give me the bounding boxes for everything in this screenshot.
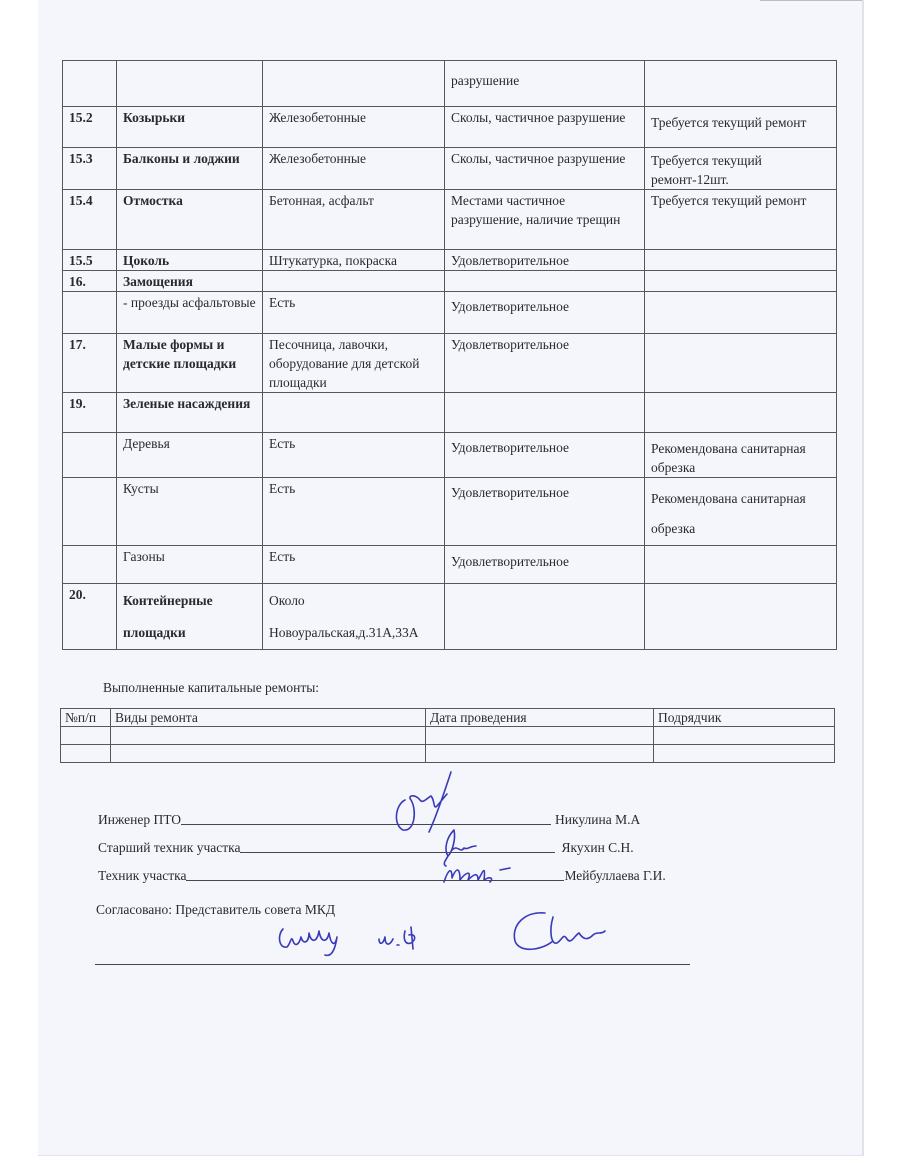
table-row: разрушение <box>63 61 837 107</box>
recommendation-cell: Рекомендована санитарная обрезка <box>645 433 837 478</box>
condition-cell <box>445 584 645 650</box>
table-row: Деревья Есть Удовлетворительное Рекоменд… <box>63 433 837 478</box>
header-number: №п/п <box>61 709 111 727</box>
element-name: Кусты <box>117 478 263 546</box>
condition-cell: разрушение <box>445 61 645 107</box>
signature-row-technician: Техник участка Мейбуллаева Г.И. <box>98 868 666 884</box>
row-number: 20. <box>63 584 117 650</box>
condition-cell: Местами частичное разрушение, наличие тр… <box>445 190 645 250</box>
repairs-cell <box>654 745 835 763</box>
repairs-header-row: №п/п Виды ремонта Дата проведения Подряд… <box>61 709 835 727</box>
material-cell: Есть <box>263 433 445 478</box>
element-name: Козырьки <box>117 107 263 148</box>
element-name: - проезды асфальтовые <box>117 292 263 334</box>
repairs-table: №п/п Виды ремонта Дата проведения Подряд… <box>60 708 835 763</box>
repairs-cell <box>426 727 654 745</box>
table-row: 20. Контейнерные площадки Около Новоурал… <box>63 584 837 650</box>
row-number: 15.5 <box>63 250 117 271</box>
recommendation-cell: Требуется текущий ремонт-12шт. <box>645 148 837 190</box>
recommendation-cell <box>645 393 837 433</box>
repairs-cell <box>61 727 111 745</box>
table-row: Кусты Есть Удовлетворительное Рекомендов… <box>63 478 837 546</box>
table-row: Газоны Есть Удовлетворительное <box>63 546 837 584</box>
signature-name: Никулина М.А <box>555 812 640 828</box>
table-row: 16. Замощения <box>63 271 837 292</box>
material-cell <box>263 61 445 107</box>
row-number <box>63 433 117 478</box>
element-name: Малые формы и детские площадки <box>117 334 263 393</box>
row-number <box>63 61 117 107</box>
signature-name: Мейбуллаева Г.И. <box>564 868 665 884</box>
recommendation-cell <box>645 271 837 292</box>
element-name: Деревья <box>117 433 263 478</box>
table-row: 15.3 Балконы и лоджии Железобетонные Ско… <box>63 148 837 190</box>
material-cell: Железобетонные <box>263 107 445 148</box>
header-contractor: Подрядчик <box>654 709 835 727</box>
repairs-cell <box>654 727 835 745</box>
recommendation-cell <box>645 584 837 650</box>
row-number: 15.4 <box>63 190 117 250</box>
element-name: Зеленые насаждения <box>117 393 263 433</box>
inspection-table: разрушение 15.2 Козырьки Железобетонные … <box>62 60 837 650</box>
table-row: 19. Зеленые насаждения <box>63 393 837 433</box>
repairs-row <box>61 745 835 763</box>
material-cell: Штукатурка, покраска <box>263 250 445 271</box>
row-number: 16. <box>63 271 117 292</box>
signature-line <box>181 824 551 825</box>
table-row: 17. Малые формы и детские площадки Песоч… <box>63 334 837 393</box>
material-cell: Есть <box>263 546 445 584</box>
recommendation-cell <box>645 546 837 584</box>
material-cell: Около Новоуральская,д.31А,33А <box>263 584 445 650</box>
material-cell: Бетонная, асфальт <box>263 190 445 250</box>
handwritten-name-representative <box>275 915 465 960</box>
element-name <box>117 61 263 107</box>
element-name: Газоны <box>117 546 263 584</box>
condition-cell: Сколы, частичное разрушение <box>445 148 645 190</box>
approval-signature-line <box>95 964 690 965</box>
material-cell <box>263 393 445 433</box>
recommendation-cell: Рекомендована санитарная обрезка <box>645 478 837 546</box>
header-repair-type: Виды ремонта <box>111 709 426 727</box>
row-number: 15.2 <box>63 107 117 148</box>
recommendation-cell <box>645 61 837 107</box>
header-date: Дата проведения <box>426 709 654 727</box>
repairs-cell <box>426 745 654 763</box>
material-cell: Песочница, лавочки, оборудование для дет… <box>263 334 445 393</box>
repairs-cell <box>111 727 426 745</box>
condition-cell: Сколы, частичное разрушение <box>445 107 645 148</box>
recommendation-cell <box>645 292 837 334</box>
signature-row-engineer: Инженер ПТО Никулина М.А <box>98 812 640 828</box>
material-cell: Есть <box>263 292 445 334</box>
condition-cell: Удовлетворительное <box>445 292 645 334</box>
material-cell <box>263 271 445 292</box>
material-cell: Есть <box>263 478 445 546</box>
condition-cell: Удовлетворительное <box>445 250 645 271</box>
handwritten-signature-technician <box>438 858 518 888</box>
signature-name: Якухин С.Н. <box>561 840 633 856</box>
row-number <box>63 546 117 584</box>
row-number: 19. <box>63 393 117 433</box>
signature-row-senior-technician: Старший техник участка Якухин С.Н. <box>98 840 634 856</box>
repairs-caption: Выполненные капитальные ремонты: <box>103 680 319 696</box>
recommendation-cell <box>645 334 837 393</box>
row-number: 17. <box>63 334 117 393</box>
repairs-cell <box>111 745 426 763</box>
row-number <box>63 478 117 546</box>
table-row: 15.5 Цоколь Штукатурка, покраска Удовлет… <box>63 250 837 271</box>
recommendation-cell <box>645 250 837 271</box>
element-name: Цоколь <box>117 250 263 271</box>
handwritten-signature-representative <box>505 905 625 960</box>
repairs-cell <box>61 745 111 763</box>
row-number <box>63 292 117 334</box>
row-number: 15.3 <box>63 148 117 190</box>
signature-role: Старший техник участка <box>98 840 240 856</box>
condition-cell: Удовлетворительное <box>445 546 645 584</box>
recommendation-cell: Требуется текущий ремонт <box>645 107 837 148</box>
signature-line <box>240 852 555 853</box>
element-name: Балконы и лоджии <box>117 148 263 190</box>
table-row: - проезды асфальтовые Есть Удовлетворите… <box>63 292 837 334</box>
element-name: Отмостка <box>117 190 263 250</box>
recommendation-cell: Требуется текущий ремонт <box>645 190 837 250</box>
element-name: Контейнерные площадки <box>117 584 263 650</box>
condition-cell: Удовлетворительное <box>445 334 645 393</box>
table-row: 15.4 Отмостка Бетонная, асфальт Местами … <box>63 190 837 250</box>
condition-cell <box>445 393 645 433</box>
material-cell: Железобетонные <box>263 148 445 190</box>
condition-cell: Удовлетворительное <box>445 433 645 478</box>
condition-cell: Удовлетворительное <box>445 478 645 546</box>
page-edge-line <box>760 0 862 1</box>
table-row: 15.2 Козырьки Железобетонные Сколы, част… <box>63 107 837 148</box>
repairs-row <box>61 727 835 745</box>
signature-role: Техник участка <box>98 868 186 884</box>
signature-role: Инженер ПТО <box>98 812 181 828</box>
element-name: Замощения <box>117 271 263 292</box>
condition-cell <box>445 271 645 292</box>
